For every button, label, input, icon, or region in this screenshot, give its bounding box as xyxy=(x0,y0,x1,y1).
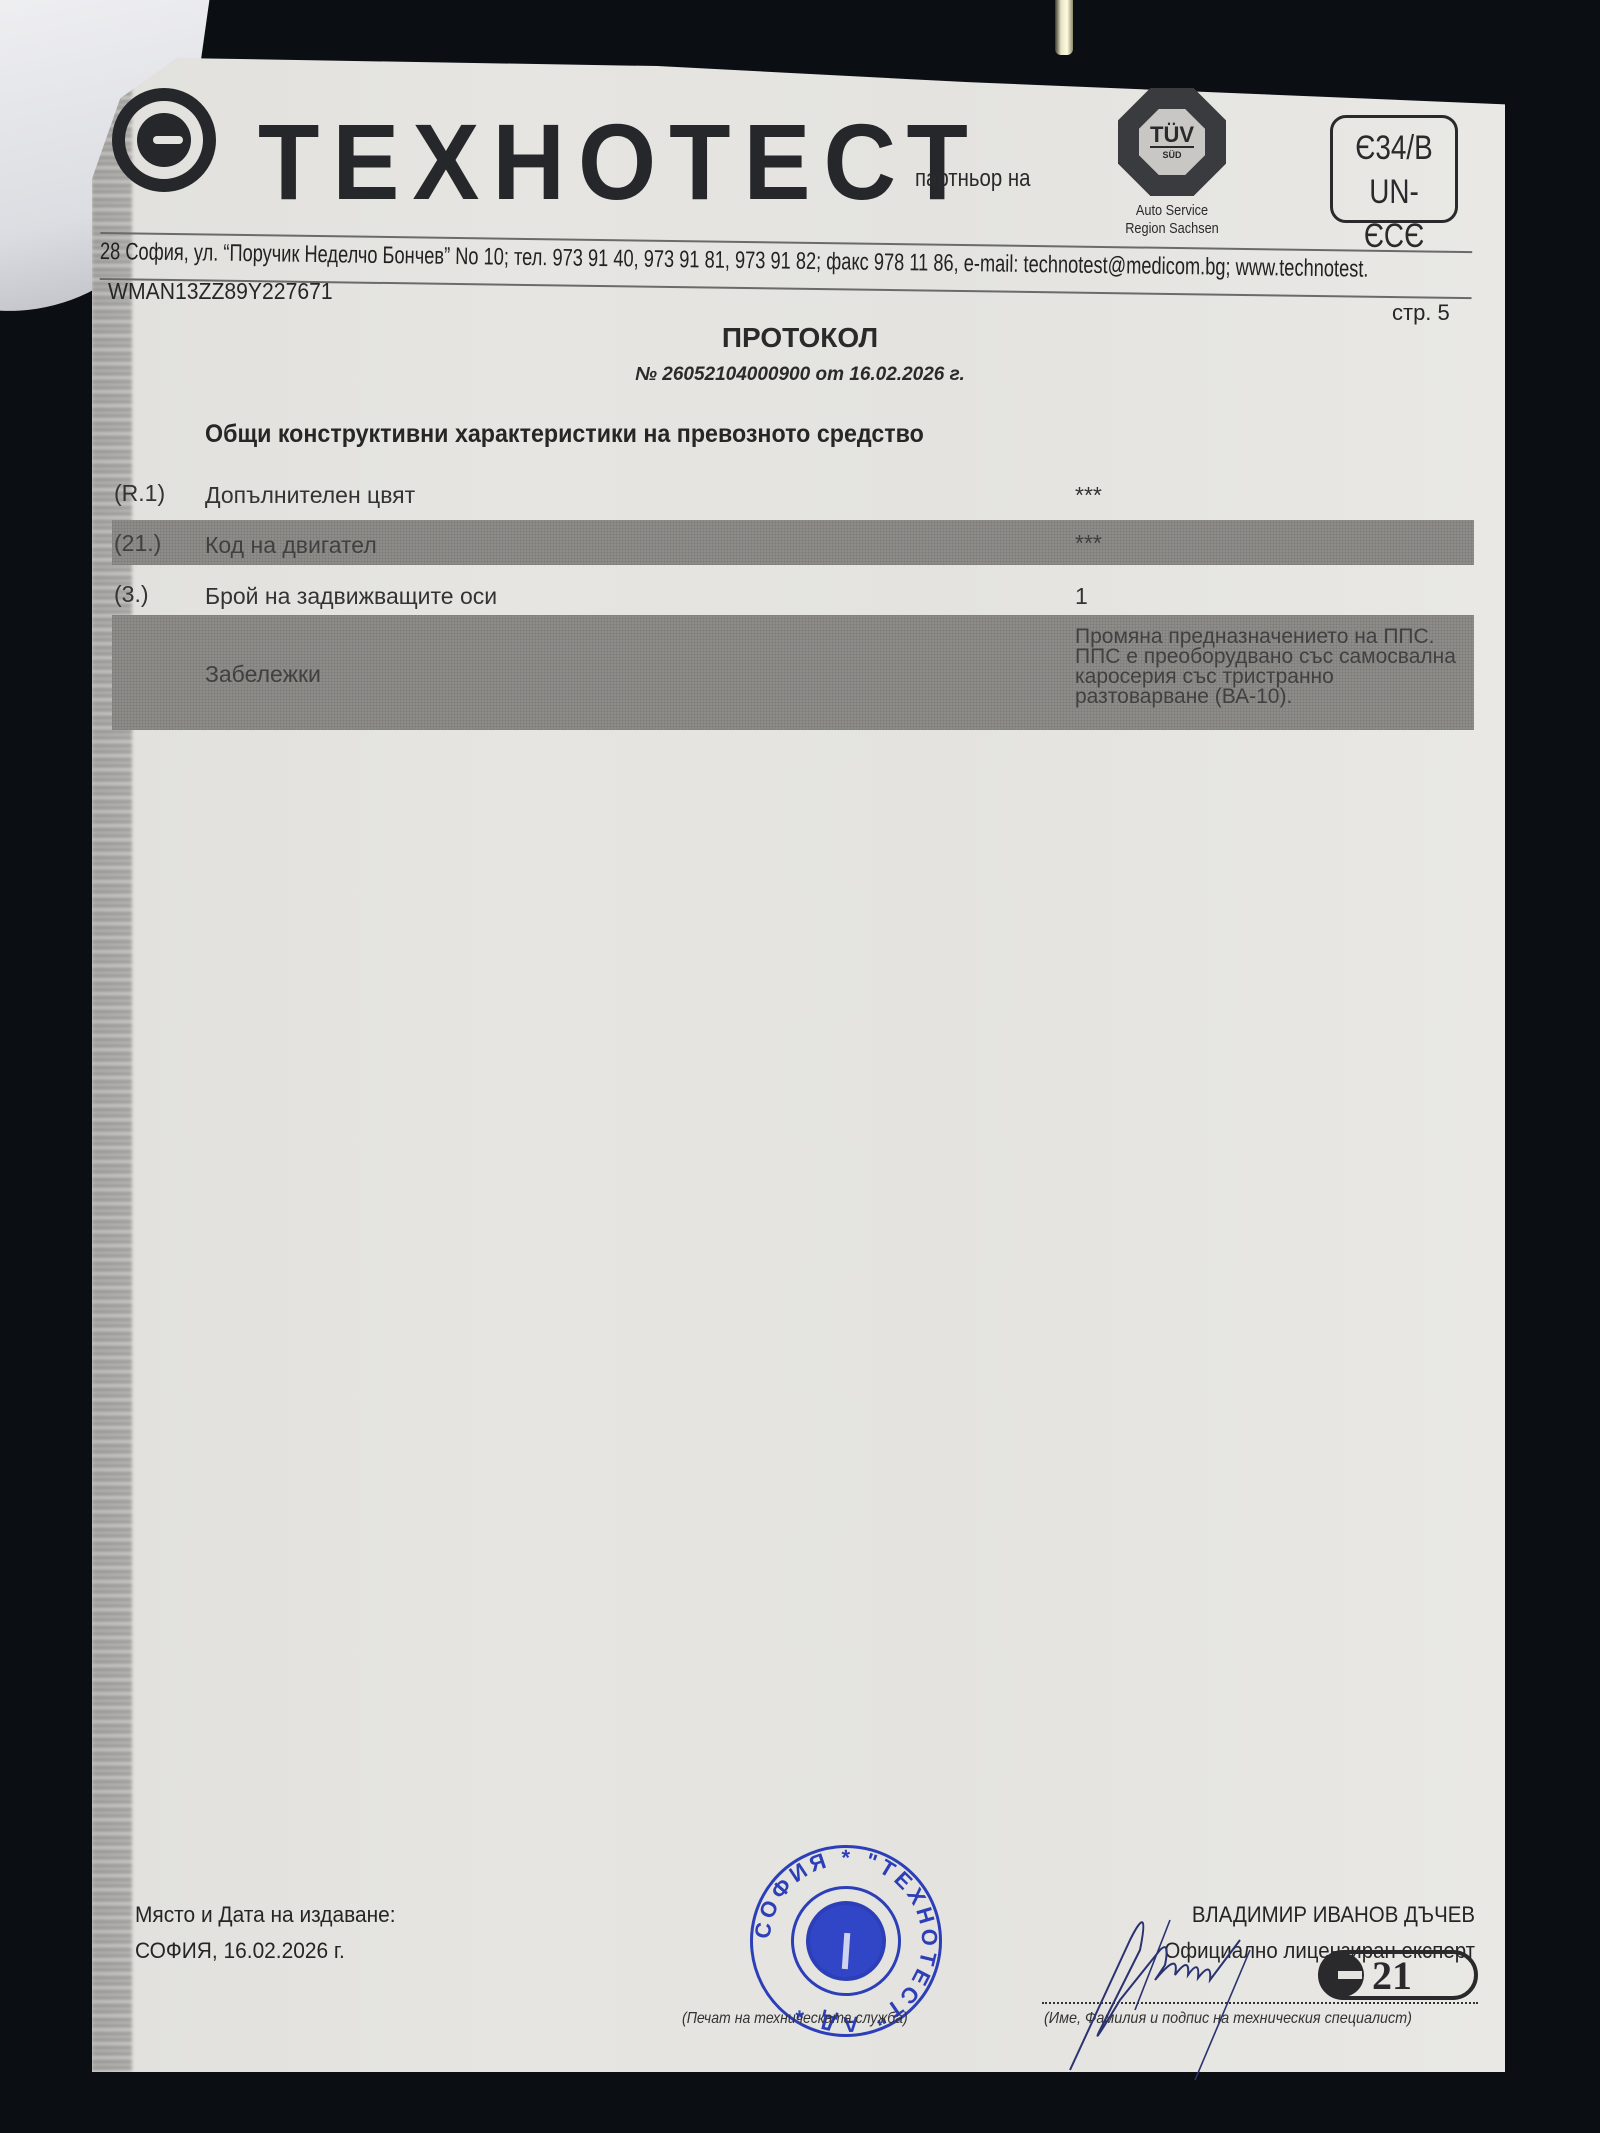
row-value: Промяна предназначението на ППС. ППС е п… xyxy=(1075,627,1465,707)
table-row: (21.) Код на двигател *** xyxy=(112,520,1474,565)
brand-name: ТЕХНОТЕСТ xyxy=(258,108,981,216)
issue-value: СОФИЯ, 16.02.2026 г. xyxy=(135,1933,396,1969)
stamp-emblem-icon xyxy=(802,1897,890,1985)
technotest-logo-icon xyxy=(112,88,216,192)
expert-badge-number: 21 xyxy=(1372,1952,1412,1999)
row-label: Код на двигател xyxy=(205,532,377,559)
tuv-logo: TÜV SÜD Auto Service Region Sachsen xyxy=(1112,88,1232,253)
approval-line2: UN-ЄCЄ xyxy=(1344,170,1444,258)
vin-number: WMAN13ZZ89Y227671 xyxy=(108,278,333,305)
row-value: *** xyxy=(1075,530,1102,557)
document-page xyxy=(92,58,1505,2072)
approval-mark-box: Є34/B UN-ЄCЄ xyxy=(1330,115,1458,223)
tuv-mark: TÜV xyxy=(1150,124,1194,148)
row-label: Брой на задвижващите оси xyxy=(205,583,497,610)
row-code: (21.) xyxy=(114,530,161,557)
expert-badge: 21 xyxy=(1318,1950,1478,2000)
issue-label: Място и Дата на издаване: xyxy=(135,1897,396,1933)
row-value: 1 xyxy=(1075,583,1088,610)
document-title: ПРОТОКОЛ xyxy=(0,322,1600,354)
tuv-caption-line1: Auto Service xyxy=(1121,202,1223,220)
row-code: (R.1) xyxy=(114,480,165,507)
table-row-remarks: Забележки Промяна предназначението на ПП… xyxy=(112,615,1474,730)
partner-label: партньор на xyxy=(915,165,1031,193)
row-code: (3.) xyxy=(114,581,149,608)
tuv-caption: Auto Service Region Sachsen xyxy=(1121,202,1223,238)
row-label: Допълнителен цвят xyxy=(205,482,415,509)
row-value: *** xyxy=(1075,482,1102,509)
table-row: (3.) Брой на задвижващите оси 1 xyxy=(112,575,1474,613)
issue-block: Място и Дата на издаване: СОФИЯ, 16.02.2… xyxy=(135,1897,396,1969)
handwritten-signature xyxy=(1040,1880,1340,2080)
tuv-caption-line2: Region Sachsen xyxy=(1121,220,1223,238)
approval-line1: Є34/B xyxy=(1344,126,1444,170)
tuv-octagon-icon: TÜV SÜD xyxy=(1118,88,1226,196)
tuv-sub: SÜD xyxy=(1162,150,1181,160)
table-row: (R.1) Допълнителен цвят *** xyxy=(112,478,1474,514)
background-light xyxy=(1055,0,1073,55)
stamp-caption: (Печат на техническата служба) xyxy=(682,2010,908,2028)
row-label: Забележки xyxy=(205,661,321,688)
protocol-number: № 26052104000900 от 16.02.2026 г. xyxy=(0,364,1600,386)
section-title: Общи конструктивни характеристики на пре… xyxy=(205,420,924,449)
